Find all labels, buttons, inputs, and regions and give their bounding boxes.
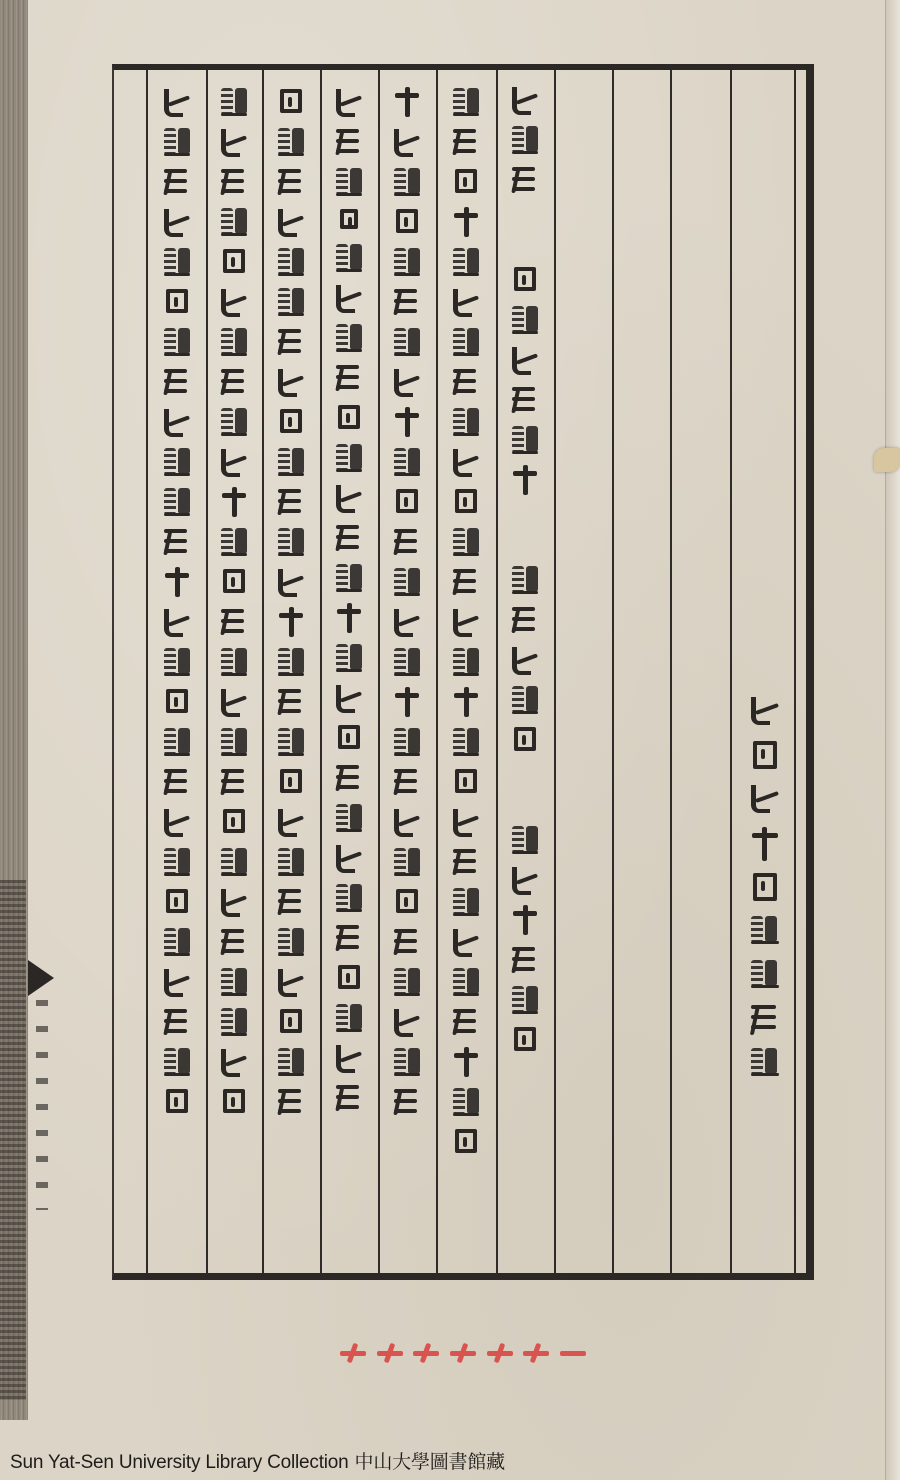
tangut-glyph [219, 645, 249, 679]
tangut-glyph [219, 205, 249, 239]
tangut-glyph [334, 481, 364, 515]
tangut-glyph [451, 685, 481, 719]
tangut-glyph [219, 485, 249, 519]
text-column-5 [262, 70, 320, 1273]
tangut-glyph [276, 925, 306, 959]
tangut-glyph [276, 1005, 306, 1039]
tangut-glyph [510, 563, 540, 597]
tangut-glyph-numeral [749, 737, 781, 775]
tangut-glyph [219, 965, 249, 999]
seal-character [558, 1341, 588, 1365]
tangut-glyph [162, 1085, 192, 1119]
tangut-glyph [451, 885, 481, 919]
tangut-glyph [219, 1005, 249, 1039]
tangut-glyph [510, 643, 540, 677]
tangut-glyph [276, 405, 306, 439]
tangut-glyph [451, 845, 481, 879]
tangut-glyph [334, 881, 364, 915]
tangut-glyph [334, 761, 364, 795]
tangut-glyph [510, 123, 540, 157]
tangut-glyph [219, 765, 249, 799]
tangut-glyph [219, 1085, 249, 1119]
seal-character [375, 1341, 405, 1365]
tangut-glyph [392, 885, 422, 919]
tangut-glyph [334, 401, 364, 435]
text-column-4 [320, 70, 378, 1273]
tangut-glyph [276, 1085, 306, 1119]
tangut-glyph [451, 205, 481, 239]
tangut-glyph [451, 1125, 481, 1159]
tangut-glyph [334, 281, 364, 315]
tangut-glyph [276, 325, 306, 359]
tangut-glyph-numeral [749, 781, 781, 819]
tangut-glyph [219, 365, 249, 399]
tangut-glyph [276, 725, 306, 759]
tangut-glyph [392, 805, 422, 839]
tangut-glyph [334, 601, 364, 635]
tangut-glyph [392, 965, 422, 999]
tangut-glyph [749, 957, 781, 995]
tangut-glyph [749, 1045, 781, 1083]
tangut-glyph [451, 605, 481, 639]
tangut-glyph [276, 285, 306, 319]
tangut-glyph [392, 125, 422, 159]
tangut-glyph [392, 405, 422, 439]
tangut-glyph [276, 525, 306, 559]
tangut-glyph [162, 405, 192, 439]
tangut-glyph [451, 965, 481, 999]
tangut-glyph [276, 765, 306, 799]
tangut-glyph [276, 445, 306, 479]
seal-character [485, 1341, 515, 1365]
tangut-glyph [334, 85, 364, 119]
tangut-glyph [219, 405, 249, 439]
tangut-glyph [451, 125, 481, 159]
tangut-glyph [392, 325, 422, 359]
spine-shadow [0, 880, 26, 1400]
tangut-glyph [162, 125, 192, 159]
tangut-glyph [162, 85, 192, 119]
tangut-glyph [162, 1005, 192, 1039]
tangut-glyph-numeral [749, 825, 781, 863]
tangut-glyph [392, 1085, 422, 1119]
seal-character [448, 1341, 478, 1365]
tangut-glyph [451, 325, 481, 359]
tangut-glyph [162, 725, 192, 759]
tangut-glyph [392, 285, 422, 319]
tangut-glyph [219, 565, 249, 599]
tangut-glyph [219, 1045, 249, 1079]
tangut-glyph [162, 245, 192, 279]
tangut-glyph [219, 525, 249, 559]
tangut-glyph [162, 765, 192, 799]
tangut-glyph [276, 205, 306, 239]
tangut-glyph [451, 1085, 481, 1119]
caption-english: Sun Yat-Sen University Library Collectio… [10, 1452, 349, 1473]
tangut-glyph [451, 365, 481, 399]
tangut-glyph [162, 205, 192, 239]
tangut-glyph [392, 365, 422, 399]
tangut-glyph [392, 485, 422, 519]
tangut-glyph [510, 903, 540, 937]
tangut-glyph [334, 561, 364, 595]
adjacent-page-text-fragment [36, 1000, 48, 1210]
tangut-glyph [510, 863, 540, 897]
tangut-glyph [510, 1023, 540, 1057]
text-column-6 [206, 70, 262, 1273]
tangut-glyph [334, 241, 364, 275]
torn-paper-flake [28, 960, 54, 996]
tangut-glyph [276, 1045, 306, 1079]
tangut-glyph [392, 845, 422, 879]
tangut-glyph [510, 683, 540, 717]
page-right-edge [885, 0, 900, 1480]
tangut-glyph [276, 605, 306, 639]
seal-character [521, 1341, 551, 1365]
tangut-glyph [510, 823, 540, 857]
tangut-glyph [162, 165, 192, 199]
tangut-glyph [510, 603, 540, 637]
tangut-glyph [392, 85, 422, 119]
tangut-glyph [219, 245, 249, 279]
column-rule [730, 70, 732, 1273]
tangut-glyph [334, 521, 364, 555]
tangut-glyph [510, 983, 540, 1017]
tangut-glyph [510, 163, 540, 197]
binding-thread-knot [874, 448, 900, 472]
tangut-glyph [749, 1001, 781, 1039]
tangut-glyph [510, 383, 540, 417]
tangut-glyph [451, 445, 481, 479]
tangut-glyph [451, 285, 481, 319]
tangut-glyph [334, 961, 364, 995]
tangut-glyph [392, 645, 422, 679]
tangut-glyph [392, 1005, 422, 1039]
tangut-glyph [749, 693, 781, 731]
tangut-glyph [451, 565, 481, 599]
tangut-glyph [749, 913, 781, 951]
tangut-glyph [162, 445, 192, 479]
tangut-glyph [451, 1045, 481, 1079]
tangut-glyph [162, 565, 192, 599]
printed-frame [112, 64, 814, 1280]
tangut-glyph [451, 245, 481, 279]
tangut-glyph [162, 645, 192, 679]
tangut-glyph [392, 1045, 422, 1079]
scanned-page: red ink stamp below frame (upside-down n… [0, 0, 900, 1480]
text-column-7 [148, 70, 206, 1273]
tangut-glyph [276, 365, 306, 399]
tangut-glyph [276, 565, 306, 599]
tangut-glyph [162, 525, 192, 559]
caption-chinese: 中山大學圖書館藏 [355, 1452, 505, 1473]
tangut-glyph [162, 285, 192, 319]
tangut-glyph [219, 125, 249, 159]
tangut-glyph [334, 1041, 364, 1075]
tangut-glyph [276, 245, 306, 279]
column-rule [612, 70, 614, 1273]
tangut-glyph [510, 943, 540, 977]
tangut-glyph [334, 1081, 364, 1115]
tangut-glyph [334, 681, 364, 715]
tangut-glyph [510, 423, 540, 457]
tangut-glyph [336, 205, 362, 235]
tangut-glyph [219, 285, 249, 319]
tangut-glyph [276, 685, 306, 719]
tangut-glyph [219, 445, 249, 479]
tangut-glyph [510, 723, 540, 757]
column-rule [554, 70, 556, 1273]
tangut-glyph [162, 845, 192, 879]
tangut-glyph [510, 343, 540, 377]
tangut-glyph [162, 325, 192, 359]
tangut-glyph [276, 885, 306, 919]
tangut-glyph [392, 565, 422, 599]
tangut-glyph [219, 805, 249, 839]
tangut-glyph [510, 263, 540, 297]
tangut-glyph [162, 965, 192, 999]
tangut-glyph [276, 85, 306, 119]
tangut-glyph [334, 441, 364, 475]
tangut-glyph [392, 205, 422, 239]
tangut-glyph [219, 725, 249, 759]
tangut-glyph [451, 765, 481, 799]
tangut-glyph [451, 405, 481, 439]
tangut-glyph-numeral [749, 869, 781, 907]
tangut-glyph [162, 605, 192, 639]
tangut-glyph [334, 801, 364, 835]
inner-border-rule [794, 70, 796, 1273]
tangut-glyph [334, 1001, 364, 1035]
tangut-glyph [334, 165, 364, 199]
text-column-2 [436, 70, 496, 1273]
tangut-glyph [162, 485, 192, 519]
tangut-glyph [276, 165, 306, 199]
tangut-glyph [334, 921, 364, 955]
column-rule [670, 70, 672, 1273]
tangut-glyph [334, 721, 364, 755]
seal-character [338, 1341, 368, 1365]
tangut-glyph [162, 1045, 192, 1079]
tangut-glyph [510, 463, 540, 497]
tangut-glyph [276, 125, 306, 159]
tangut-glyph [392, 605, 422, 639]
tangut-glyph [392, 245, 422, 279]
text-column-3 [378, 70, 436, 1273]
tangut-glyph [451, 925, 481, 959]
tangut-glyph [451, 645, 481, 679]
tangut-glyph [219, 325, 249, 359]
tangut-glyph [334, 125, 364, 159]
tangut-glyph [510, 83, 540, 117]
red-seal-stamp: red ink stamp below frame (upside-down n… [338, 1338, 588, 1368]
tangut-glyph [334, 361, 364, 395]
tangut-glyph [219, 685, 249, 719]
tangut-glyph [276, 965, 306, 999]
tangut-glyph [162, 925, 192, 959]
title-column [740, 70, 790, 1273]
text-column-1 [496, 70, 554, 1273]
tangut-glyph [219, 845, 249, 879]
tangut-glyph [392, 925, 422, 959]
tangut-glyph [334, 641, 364, 675]
tangut-glyph [334, 841, 364, 875]
tangut-glyph [162, 685, 192, 719]
tangut-glyph [451, 85, 481, 119]
collection-caption: Sun Yat-Sen University Library Collectio… [10, 1447, 511, 1474]
tangut-glyph [451, 805, 481, 839]
tangut-glyph [451, 165, 481, 199]
tangut-glyph [276, 645, 306, 679]
tangut-glyph [219, 925, 249, 959]
tangut-glyph [392, 685, 422, 719]
tangut-glyph [451, 485, 481, 519]
tangut-glyph [219, 165, 249, 199]
tangut-glyph [276, 845, 306, 879]
tangut-glyph [510, 303, 540, 337]
tangut-glyph [392, 165, 422, 199]
seal-character [411, 1341, 441, 1365]
tangut-glyph [219, 85, 249, 119]
tangut-glyph [334, 321, 364, 355]
tangut-glyph [162, 365, 192, 399]
tangut-glyph [392, 525, 422, 559]
tangut-glyph [219, 605, 249, 639]
tangut-glyph [392, 725, 422, 759]
tangut-glyph [162, 805, 192, 839]
tangut-glyph [451, 1005, 481, 1039]
tangut-glyph [276, 805, 306, 839]
tangut-glyph [451, 725, 481, 759]
tangut-glyph [451, 525, 481, 559]
tangut-glyph [276, 485, 306, 519]
tangut-glyph [219, 885, 249, 919]
tangut-glyph [392, 765, 422, 799]
tangut-glyph [162, 885, 192, 919]
tangut-glyph [392, 445, 422, 479]
